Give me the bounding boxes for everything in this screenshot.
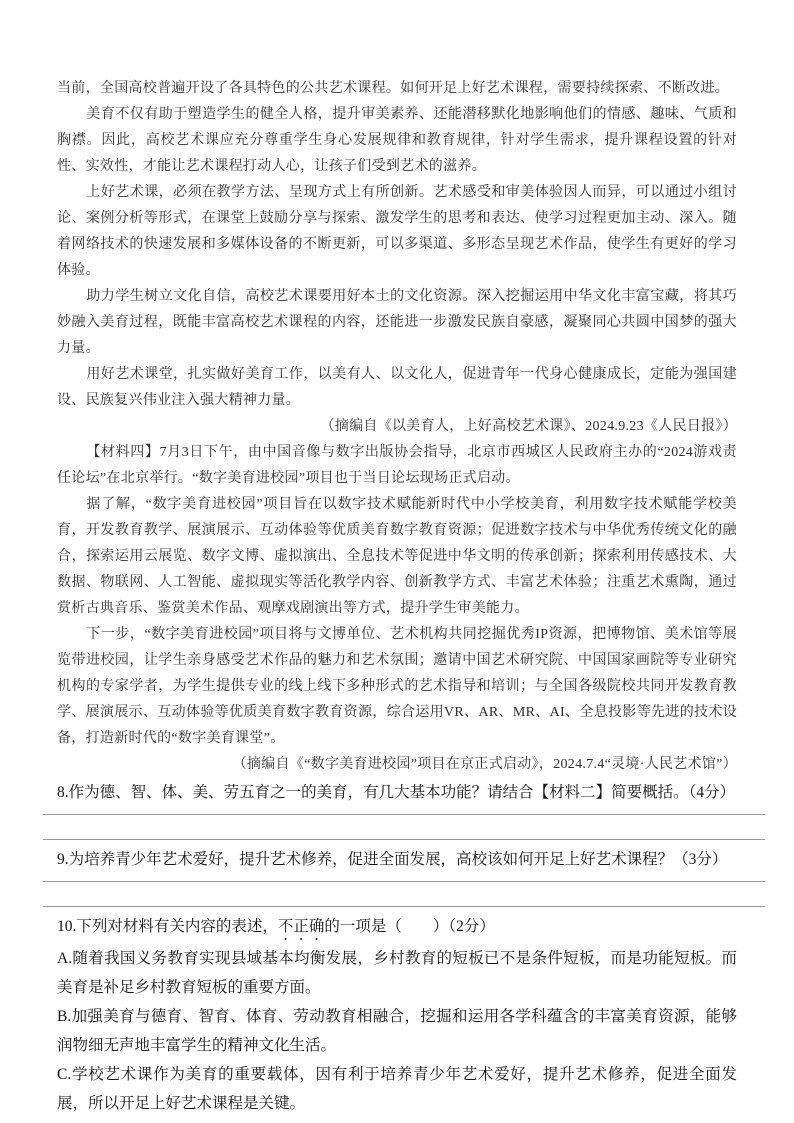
question-10-prefix: 10.下列对材料有关内容的表述，: [57, 918, 278, 935]
material4-intro-paragraph: 【材料四】7月3日下午，由中国音像与数字出版协会指导，北京市西城区人民政府主办的…: [57, 440, 737, 492]
question-10-option-a: A.随着我国义务教育实现县域基本均衡发展，乡村教育的短板已不是条件短板，而是功能…: [57, 944, 737, 1002]
material4-next-steps-paragraph: 下一步，“数字美育进校园”项目将与文博单位、艺术机构共同挖掘优秀IP资源，把博物…: [57, 622, 737, 752]
answer-blank-line: [43, 807, 765, 815]
material3-continuation-paragraph: 当前，全国高校普遍开设了各具特色的公共艺术课程。如何开足上好艺术课程，需要持续探…: [57, 76, 737, 102]
answer-blank-line: [43, 815, 765, 840]
material3-paragraph-teaching-innovation: 上好艺术课，必须在教学方法、呈现方式上有所创新。艺术感受和审美体验因人而异，可以…: [57, 180, 737, 284]
answer-blank-line: [43, 882, 765, 907]
answer-blank-line: [43, 874, 765, 882]
question-10-option-b: B.加强美育与德育、智育、体育、劳动教育相融合，挖掘和运用各学科蕴含的丰富美育资…: [57, 1002, 737, 1060]
question-9: 9.为培养青少年艺术爱好，提升艺术修养，促进全面发展，高校该如何开足上好艺术课程…: [57, 845, 737, 874]
material3-source-citation: （摘编自《以美育人，上好高校艺术课》、2024.9.23《人民日报》）: [57, 414, 737, 440]
question-8: 8.作为德、智、体、美、劳五育之一的美育，有几大基本功能？请结合【材料二】简要概…: [57, 778, 737, 807]
material4-source-citation: （摘编自《“数字美育进校园”项目在京正式启动》，2024.7.4“灵境·人民艺术…: [57, 752, 737, 778]
exam-page: 当前，全国高校普遍开设了各具特色的公共艺术课程。如何开足上好艺术课程，需要持续探…: [0, 0, 794, 1123]
question-10-suffix: 的一项是（ ）（2分）: [324, 918, 495, 935]
question-10-option-c: C.学校艺术课作为美育的重要载体，因有利于培养青少年艺术爱好，提升艺术修养，促进…: [57, 1060, 737, 1118]
question-10: 10.下列对材料有关内容的表述，不正确的一项是（ ）（2分）: [57, 912, 737, 944]
material3-paragraph-cultural-confidence: 助力学生树立文化自信，高校艺术课要用好本土的文化资源。深入挖掘运用中华文化丰富宝…: [57, 284, 737, 362]
material3-paragraph-aesthetic-education: 美育不仅有助于塑造学生的健全人格，提升审美素养、还能潜移默化地影响他们的情感、趣…: [57, 102, 737, 180]
material4-project-goals-paragraph: 据了解，“数字美育进校园”项目旨在以数字技术赋能新时代中小学校美育，利用数字技术…: [57, 492, 737, 622]
question-10-emphasized-word: 不正确: [278, 918, 325, 935]
material3-paragraph-conclusion: 用好艺术课堂，扎实做好美育工作，以美有人、以文化人，促进青年一代身心健康成长，定…: [57, 362, 737, 414]
page-content: 当前，全国高校普遍开设了各具特色的公共艺术课程。如何开足上好艺术课程，需要持续探…: [0, 0, 794, 1118]
